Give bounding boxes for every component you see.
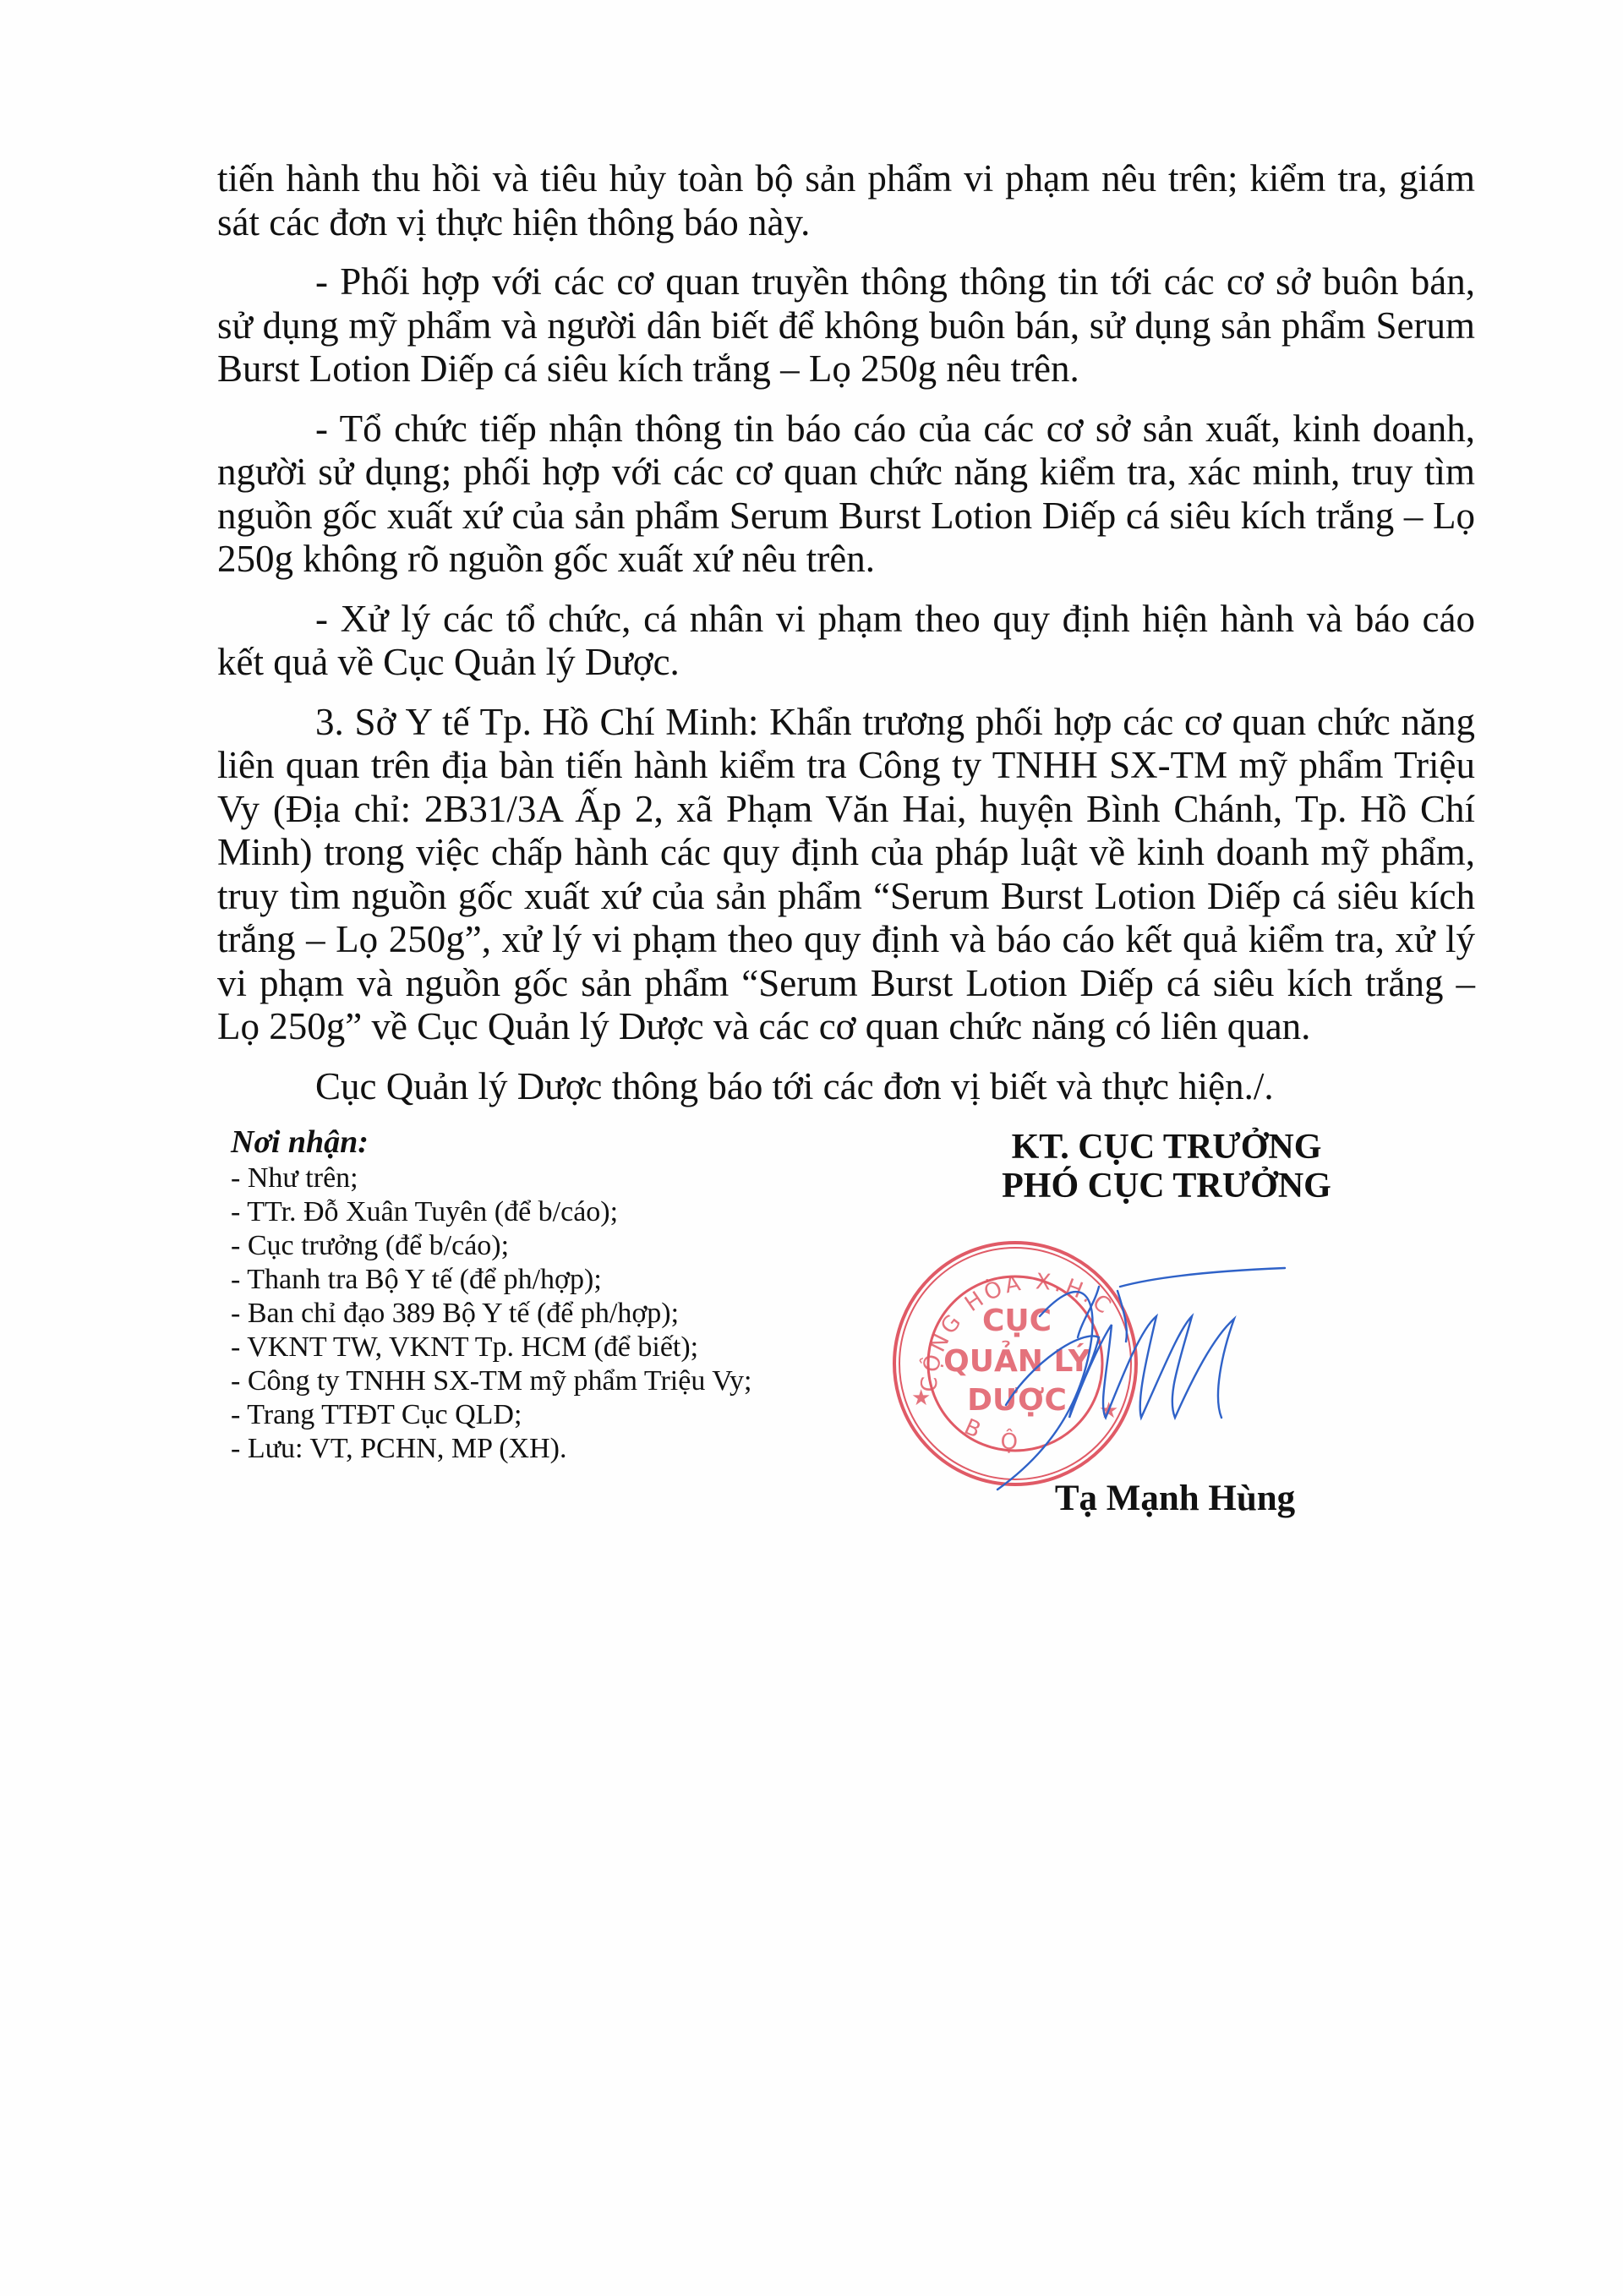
paragraph: - Phối hợp với các cơ quan truyền thông … (217, 260, 1475, 391)
official-stamp-and-signature: CỘNG HÒA X.H.C.N VIỆT NAM BỘ Y TẾ ★ ★ CỤ… (888, 1236, 1378, 1506)
recipient-item: - Ban chỉ đạo 389 Bộ Y tế (để ph/hợp); (231, 1297, 822, 1331)
recipient-item: - Trang TTĐT Cục QLD; (231, 1398, 822, 1432)
recipient-item: - Lưu: VT, PCHN, MP (XH). (231, 1432, 822, 1466)
paragraph: tiến hành thu hồi và tiêu hủy toàn bộ sả… (217, 157, 1475, 244)
recipient-item: - TTr. Đỗ Xuân Tuyên (để b/cáo); (231, 1195, 822, 1229)
handwritten-signature-icon (997, 1268, 1285, 1490)
document-page: tiến hành thu hồi và tiêu hủy toàn bộ sả… (0, 0, 1623, 2296)
paragraph: 3. Sở Y tế Tp. Hồ Chí Minh: Khẩn trương … (217, 701, 1475, 1049)
svg-text:★: ★ (911, 1386, 931, 1411)
paragraph: - Tổ chức tiếp nhận thông tin báo cáo củ… (217, 407, 1475, 582)
recipient-item: - Như trên; (231, 1162, 822, 1195)
signature-title-line1: KT. CỤC TRƯỞNG (964, 1128, 1369, 1167)
svg-text:QUẢN LÝ: QUẢN LÝ (943, 1340, 1091, 1379)
signer-name: Tạ Mạnh Hùng (981, 1478, 1369, 1519)
recipient-item: - VKNT TW, VKNT Tp. HCM (để biết); (231, 1331, 822, 1364)
recipient-item: - Cục trưởng (để b/cáo); (231, 1229, 822, 1263)
closing-paragraph: Cục Quản lý Dược thông báo tới các đơn v… (217, 1065, 1475, 1109)
recipient-item: - Thanh tra Bộ Y tế (để ph/hợp); (231, 1263, 822, 1297)
stamp-icon: CỘNG HÒA X.H.C.N VIỆT NAM BỘ Y TẾ ★ ★ CỤ… (888, 1236, 1136, 1484)
recipients-list: - Như trên; - TTr. Đỗ Xuân Tuyên (để b/c… (231, 1162, 822, 1466)
recipients-heading: Nơi nhận: (231, 1123, 822, 1162)
paragraph: - Xử lý các tổ chức, cá nhân vi phạm the… (217, 598, 1475, 685)
recipients-block: Nơi nhận: - Như trên; - TTr. Đỗ Xuân Tuy… (231, 1123, 822, 1466)
svg-text:CỤC: CỤC (982, 1304, 1052, 1338)
recipient-item: - Công ty TNHH SX-TM mỹ phẩm Triệu Vy; (231, 1364, 822, 1398)
document-body: tiến hành thu hồi và tiêu hủy toàn bộ sả… (217, 157, 1475, 1124)
signature-title-line2: PHÓ CỤC TRƯỞNG (964, 1167, 1369, 1205)
signature-title-block: KT. CỤC TRƯỞNG PHÓ CỤC TRƯỞNG (964, 1128, 1369, 1205)
